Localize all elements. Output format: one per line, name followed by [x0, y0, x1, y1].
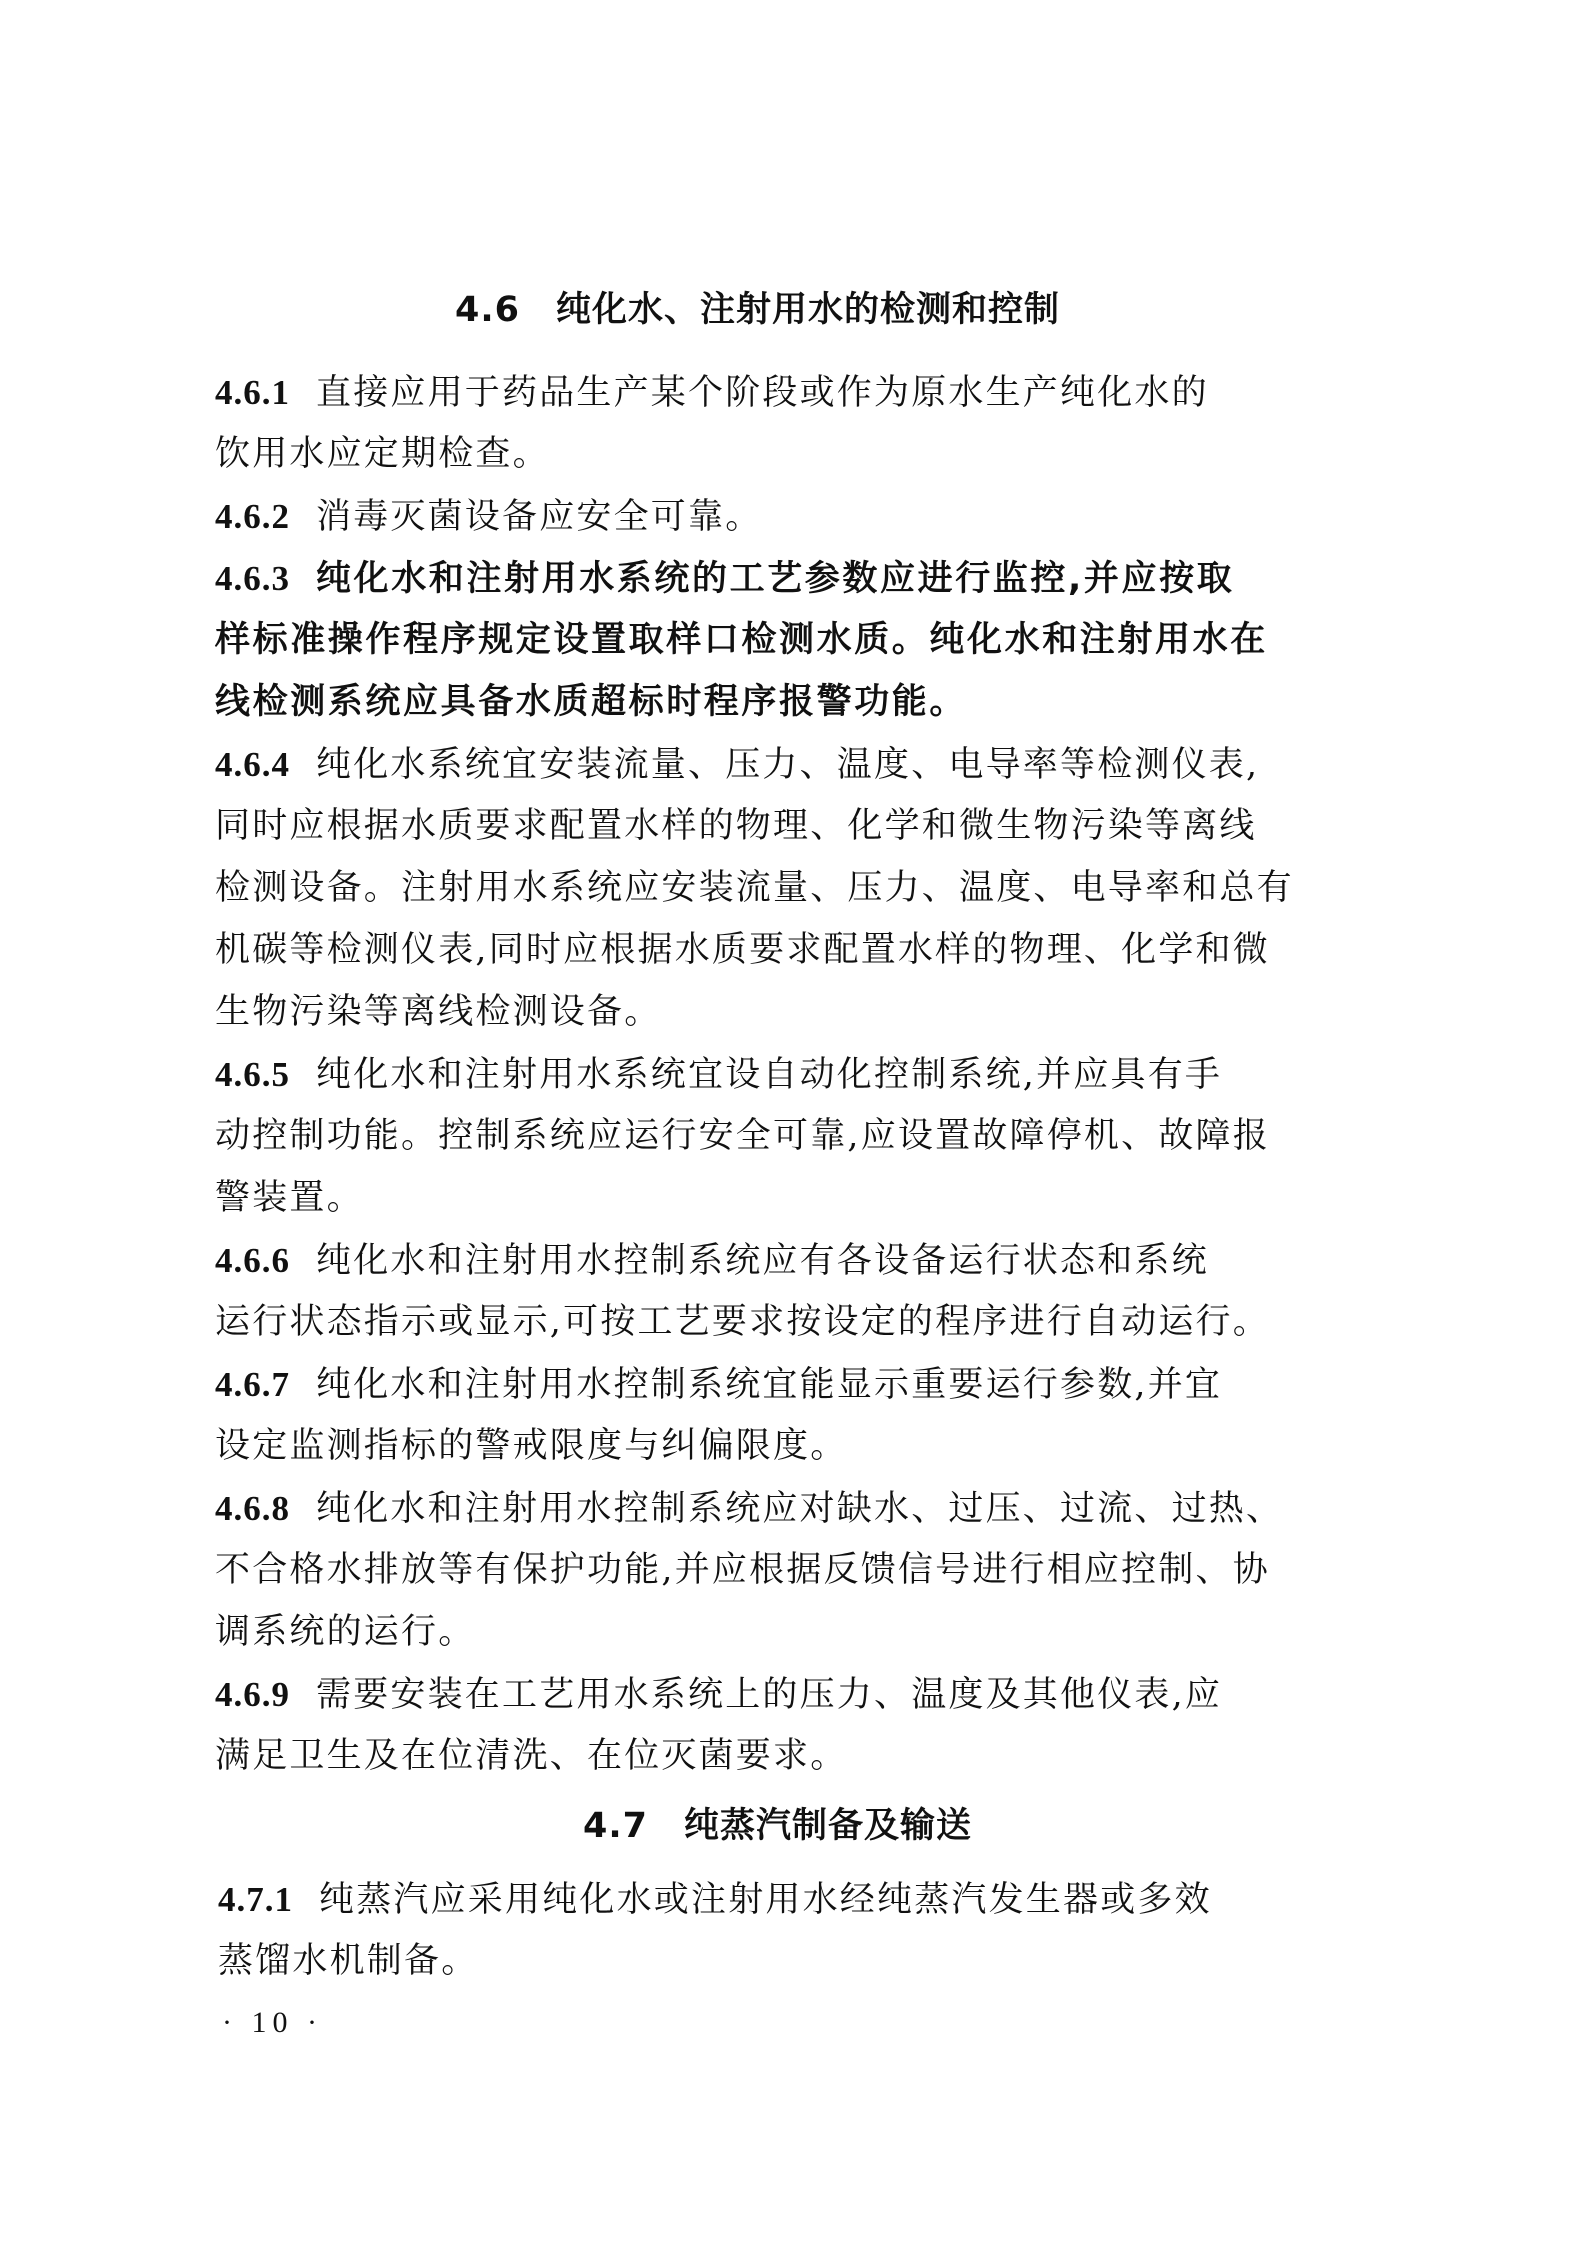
clause-4-6-5-line-2: 动控制功能。控制系统应运行安全可靠,应设置故障停机、故障报 — [215, 1114, 1270, 1159]
document-page: 4.6纯化水、注射用水的检测和控制 4.6.1直接应用于药品生产某个阶段或作为原… — [0, 0, 1587, 2245]
clause-4-6-1-line-2: 饮用水应定期检查。 — [215, 432, 550, 477]
clause-4-6-8-line-3: 调系统的运行。 — [215, 1610, 475, 1655]
clause-4-6-4-line-2: 同时应根据水质要求配置水样的物理、化学和微生物污染等离线 — [215, 804, 1257, 849]
section-heading-4-6: 4.6纯化水、注射用水的检测和控制 — [455, 282, 1060, 332]
clause-number: 4.6.1 — [215, 373, 290, 412]
clause-text: 纯化水和注射用水系统的工艺参数应进行监控,并应按取 — [316, 559, 1234, 599]
clause-4-7-1-line-2: 蒸馏水机制备。 — [218, 1939, 478, 1984]
clause-4-6-3-line-1: 4.6.3纯化水和注射用水系统的工艺参数应进行监控,并应按取 — [215, 556, 1234, 602]
clause-4-6-4-line-5: 生物污染等离线检测设备。 — [215, 990, 661, 1035]
section-title: 纯化水、注射用水的检测和控制 — [556, 290, 1060, 330]
clause-4-6-9-line-2: 满足卫生及在位清洗、在位灭菌要求。 — [215, 1734, 847, 1779]
clause-text: 纯化水和注射用水控制系统应有各设备运行状态和系统 — [316, 1241, 1209, 1281]
clause-number: 4.6.2 — [215, 497, 290, 536]
clause-4-6-3-line-3: 线检测系统应具备水质超标时程序报警功能。 — [215, 680, 967, 725]
clause-4-6-3-line-2: 样标准操作程序规定设置取样口检测水质。纯化水和注射用水在 — [215, 618, 1268, 663]
clause-text: 消毒灭菌设备应安全可靠。 — [316, 497, 762, 537]
clause-4-6-1-line-1: 4.6.1直接应用于药品生产某个阶段或作为原水生产纯化水的 — [215, 370, 1209, 416]
clause-4-6-6-line-2: 运行状态指示或显示,可按工艺要求按设定的程序进行自动运行。 — [215, 1300, 1270, 1345]
clause-number: 4.6.8 — [215, 1489, 290, 1528]
clause-text: 直接应用于药品生产某个阶段或作为原水生产纯化水的 — [316, 373, 1209, 413]
clause-4-6-9-line-1: 4.6.9需要安装在工艺用水系统上的压力、温度及其他仪表,应 — [215, 1672, 1222, 1718]
clause-4-6-2-line-1: 4.6.2消毒灭菌设备应安全可靠。 — [215, 494, 762, 540]
clause-number: 4.6.9 — [215, 1675, 290, 1714]
clause-text: 纯化水和注射用水控制系统宜能显示重要运行参数,并宜 — [316, 1365, 1222, 1405]
clause-4-6-7-line-2: 设定监测指标的警戒限度与纠偏限度。 — [215, 1424, 847, 1469]
clause-text: 纯化水和注射用水控制系统应对缺水、过压、过流、过热、 — [316, 1489, 1283, 1529]
clause-4-6-5-line-1: 4.6.5纯化水和注射用水系统宜设自动化控制系统,并应具有手 — [215, 1052, 1222, 1098]
section-heading-4-7: 4.7纯蒸汽制备及输送 — [583, 1798, 972, 1848]
clause-4-6-8-line-2: 不合格水排放等有保护功能,并应根据反馈信号进行相应控制、协 — [215, 1548, 1270, 1593]
section-number: 4.7 — [583, 1806, 648, 1846]
clause-text: 纯化水系统宜安装流量、压力、温度、电导率等检测仪表, — [316, 745, 1259, 785]
clause-text: 需要安装在工艺用水系统上的压力、温度及其他仪表,应 — [316, 1675, 1222, 1715]
clause-number: 4.6.4 — [215, 745, 290, 784]
section-number: 4.6 — [455, 290, 520, 330]
clause-text: 纯蒸汽应采用纯化水或注射用水经纯蒸汽发生器或多效 — [319, 1880, 1212, 1920]
clause-4-6-4-line-4: 机碳等检测仪表,同时应根据水质要求配置水样的物理、化学和微 — [215, 928, 1270, 973]
clause-number: 4.7.1 — [218, 1880, 293, 1919]
clause-4-6-8-line-1: 4.6.8纯化水和注射用水控制系统应对缺水、过压、过流、过热、 — [215, 1486, 1283, 1532]
clause-4-6-4-line-1: 4.6.4纯化水系统宜安装流量、压力、温度、电导率等检测仪表, — [215, 742, 1259, 788]
clause-4-6-6-line-1: 4.6.6纯化水和注射用水控制系统应有各设备运行状态和系统 — [215, 1238, 1209, 1284]
clause-number: 4.6.5 — [215, 1055, 290, 1094]
section-title: 纯蒸汽制备及输送 — [684, 1806, 972, 1846]
clause-number: 4.6.3 — [215, 559, 290, 598]
clause-4-7-1-line-1: 4.7.1纯蒸汽应采用纯化水或注射用水经纯蒸汽发生器或多效 — [218, 1877, 1212, 1923]
clause-4-6-4-line-3: 检测设备。注射用水系统应安装流量、压力、温度、电导率和总有 — [215, 866, 1294, 911]
page-number: · 10 · — [222, 2006, 323, 2040]
clause-number: 4.6.7 — [215, 1365, 290, 1404]
clause-text: 纯化水和注射用水系统宜设自动化控制系统,并应具有手 — [316, 1055, 1222, 1095]
clause-number: 4.6.6 — [215, 1241, 290, 1280]
clause-4-6-7-line-1: 4.6.7纯化水和注射用水控制系统宜能显示重要运行参数,并宜 — [215, 1362, 1222, 1408]
clause-4-6-5-line-3: 警装置。 — [215, 1176, 364, 1221]
